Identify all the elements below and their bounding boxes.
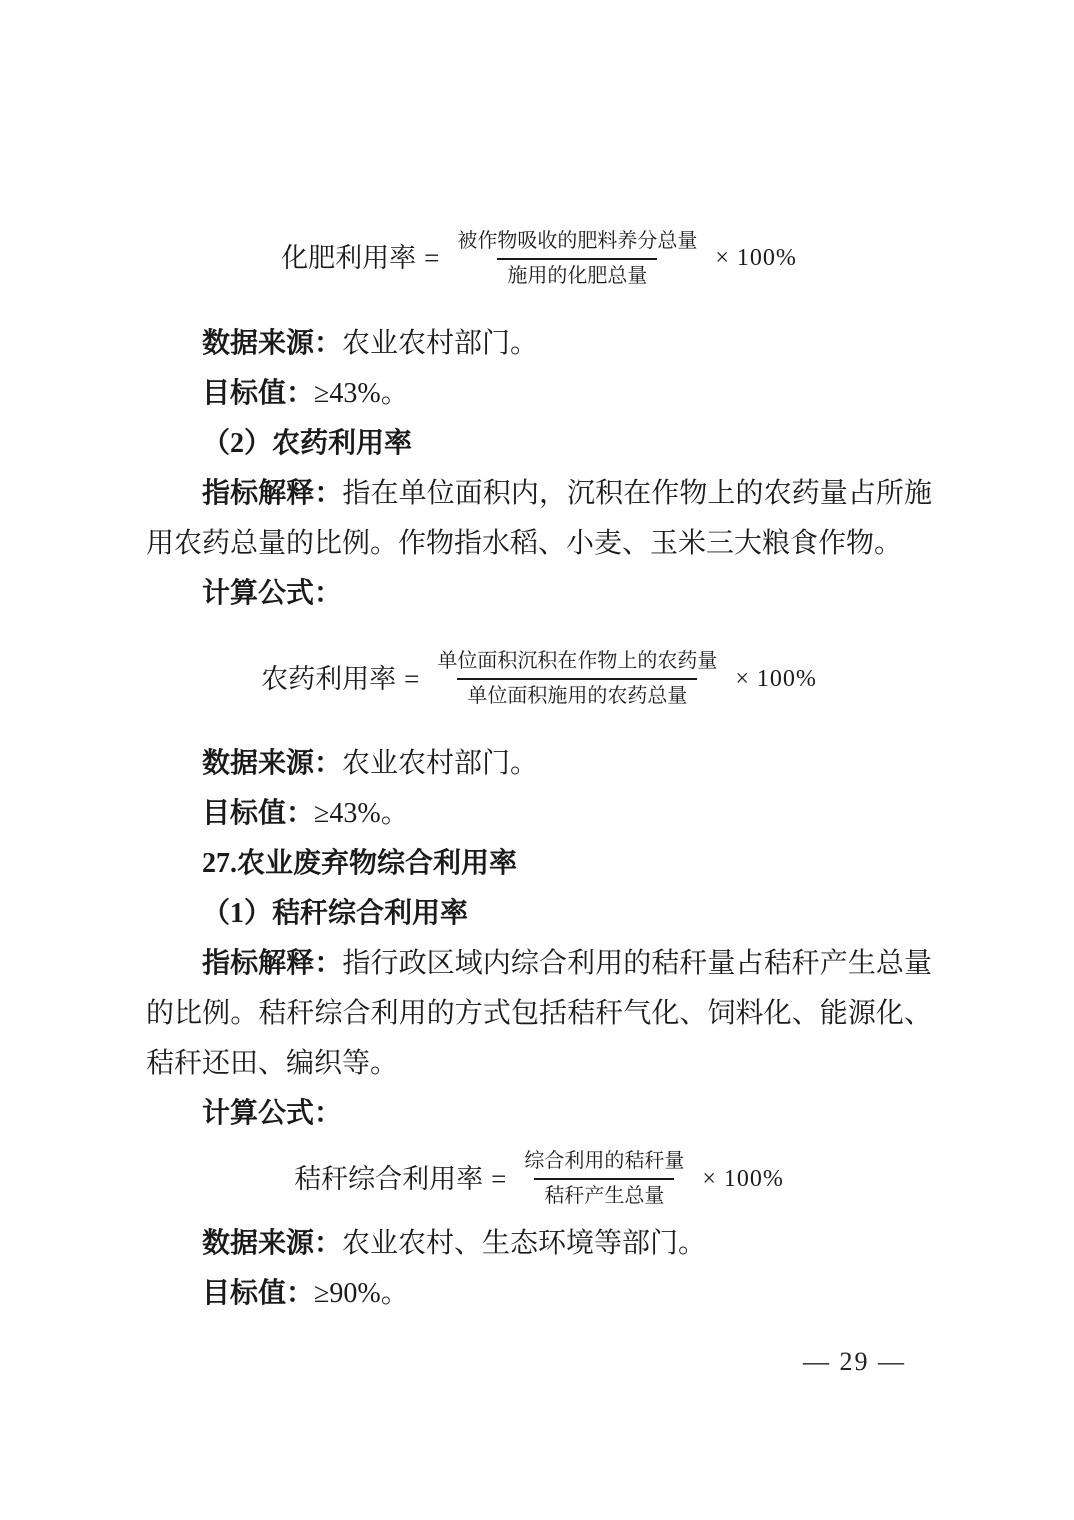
times-100-percent: × 100% xyxy=(735,665,817,694)
heading-pesticide-utilization: （2）农药利用率 xyxy=(146,419,932,469)
formula-lhs: 化肥利用率 xyxy=(281,242,416,274)
target-value-line: 目标值：≥43%。 xyxy=(146,789,932,839)
target-value-line: 目标值：≥90%。 xyxy=(146,1269,932,1319)
formula-lhs: 秸秆综合利用率 xyxy=(294,1163,483,1195)
heading-agricultural-waste-utilization: 27.农业废弃物综合利用率 xyxy=(146,839,932,889)
equals-sign: = xyxy=(491,1163,506,1195)
fraction-denominator: 秸秆产生总量 xyxy=(534,1178,674,1210)
fraction: 综合利用的秸秆量 秸秆产生总量 xyxy=(514,1148,694,1210)
formula-straw-utilization: 秸秆综合利用率 = 综合利用的秸秆量 秸秆产生总量 × 100% xyxy=(146,1139,932,1219)
data-source-label: 数据来源： xyxy=(202,748,342,779)
times-100-percent: × 100% xyxy=(702,1165,784,1194)
equals-sign: = xyxy=(424,242,439,274)
target-value-label: 目标值： xyxy=(202,798,314,829)
target-value-line: 目标值：≥43%。 xyxy=(146,369,932,419)
definition-label: 指标解释： xyxy=(202,478,342,509)
equals-sign: = xyxy=(404,663,419,695)
straw-definition-paragraph: 指标解释：指行政区域内综合利用的秸秆量占秸秆产生总量的比例。秸秆综合利用的方式包… xyxy=(146,939,932,1089)
target-value: ≥90%。 xyxy=(314,1278,409,1309)
data-source-value: 农业农村、生态环境等部门。 xyxy=(342,1228,706,1259)
fraction-denominator: 单位面积施用的农药总量 xyxy=(457,678,697,710)
fraction: 被作物吸收的肥料养分总量 施用的化肥总量 xyxy=(447,228,707,290)
data-source-line: 数据来源：农业农村、生态环境等部门。 xyxy=(146,1219,932,1269)
fraction-numerator: 单位面积沉积在作物上的农药量 xyxy=(427,648,727,678)
page-content: 化肥利用率 = 被作物吸收的肥料养分总量 施用的化肥总量 × 100% 数据来源… xyxy=(146,0,932,1377)
data-source-label: 数据来源： xyxy=(202,328,342,359)
target-value: ≥43%。 xyxy=(314,798,409,829)
formula-label-line: 计算公式： xyxy=(146,569,932,619)
target-value-label: 目标值： xyxy=(202,378,314,409)
document-page: 化肥利用率 = 被作物吸收的肥料养分总量 施用的化肥总量 × 100% 数据来源… xyxy=(0,0,1074,1520)
heading-straw-utilization: （1）秸秆综合利用率 xyxy=(146,889,932,939)
page-number: — 29 — xyxy=(146,1347,932,1377)
formula-pesticide-utilization: 农药利用率 = 单位面积沉积在作物上的农药量 单位面积施用的农药总量 × 100… xyxy=(146,619,932,739)
fraction-numerator: 被作物吸收的肥料养分总量 xyxy=(447,228,707,258)
fraction: 单位面积沉积在作物上的农药量 单位面积施用的农药总量 xyxy=(427,648,727,710)
target-value: ≥43%。 xyxy=(314,378,409,409)
data-source-value: 农业农村部门。 xyxy=(342,328,538,359)
formula-label: 计算公式： xyxy=(202,1098,342,1129)
formula-label-line: 计算公式： xyxy=(146,1089,932,1139)
definition-label: 指标解释： xyxy=(202,948,342,979)
times-100-percent: × 100% xyxy=(715,244,797,273)
data-source-line: 数据来源：农业农村部门。 xyxy=(146,319,932,369)
data-source-label: 数据来源： xyxy=(202,1228,342,1259)
formula-label: 计算公式： xyxy=(202,578,342,609)
fraction-denominator: 施用的化肥总量 xyxy=(497,258,657,290)
target-value-label: 目标值： xyxy=(202,1278,314,1309)
formula-fertilizer-utilization: 化肥利用率 = 被作物吸收的肥料养分总量 施用的化肥总量 × 100% xyxy=(146,222,932,295)
data-source-line: 数据来源：农业农村部门。 xyxy=(146,739,932,789)
pesticide-definition-paragraph: 指标解释：指在单位面积内，沉积在作物上的农药量占所施用农药总量的比例。作物指水稻… xyxy=(146,469,932,569)
data-source-value: 农业农村部门。 xyxy=(342,748,538,779)
fraction-numerator: 综合利用的秸秆量 xyxy=(514,1148,694,1178)
formula-lhs: 农药利用率 xyxy=(261,663,396,695)
